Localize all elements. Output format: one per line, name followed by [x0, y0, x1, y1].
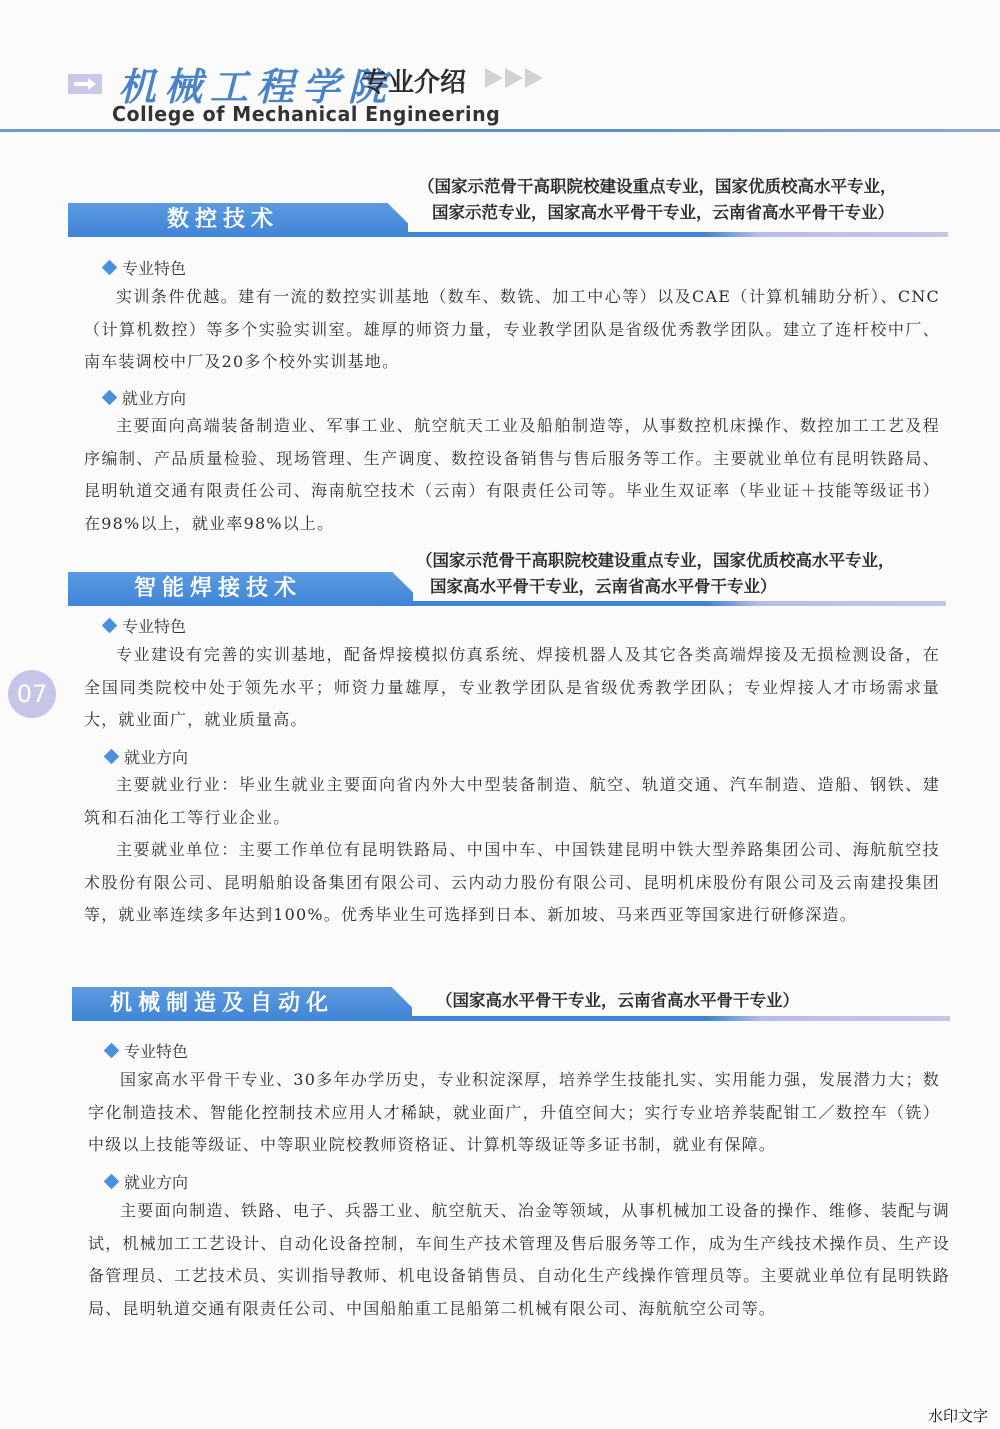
career-paragraph: 主要就业行业：毕业生就业主要面向省内外大中型装备制造、航空、轨道交通、汽车制造、…	[84, 769, 940, 834]
section-title: 智能焊接技术	[68, 572, 368, 606]
section-title: 机械制造及自动化	[72, 987, 372, 1021]
career-paragraph: 主要面向制造、铁路、电子、兵器工业、航空航天、冶金等领域，从事机械加工设备的操作…	[88, 1195, 950, 1325]
subhead-label: 就业方向	[124, 745, 188, 768]
diamond-bullet-icon	[102, 260, 118, 276]
diamond-bullet-icon	[102, 618, 118, 634]
section-underline	[412, 1016, 950, 1021]
subhead-features: 专业特色	[106, 1039, 188, 1062]
subhead-label: 就业方向	[122, 386, 186, 409]
header-divider	[0, 129, 1000, 132]
career-paragraph: 主要面向高端装备制造业、军事工业、航空航天工业及船舶制造等，从事数控机床操作、数…	[84, 410, 940, 540]
section-header-welding: 智能焊接技术	[68, 572, 946, 606]
section-title: 数控技术	[68, 203, 378, 237]
section-header-cnc: 数控技术	[68, 203, 948, 237]
page-subtitle-cn: 专业介绍	[362, 62, 466, 99]
subhead-features: 专业特色	[104, 256, 186, 279]
section-underline	[408, 232, 948, 237]
subhead-features: 专业特色	[104, 614, 186, 637]
subhead-label: 就业方向	[124, 1170, 188, 1193]
subhead-label: 专业特色	[122, 256, 186, 279]
diamond-bullet-icon	[104, 749, 120, 765]
triple-chevron-icon	[485, 68, 543, 88]
subhead-label: 专业特色	[122, 614, 186, 637]
section-underline	[413, 601, 946, 606]
subhead-career: 就业方向	[104, 386, 186, 409]
diamond-bullet-icon	[102, 390, 118, 406]
section-header-manufacturing: 机械制造及自动化	[72, 987, 950, 1021]
subhead-career: 就业方向	[106, 1170, 188, 1193]
career-paragraph: 主要就业单位：主要工作单位有昆明铁路局、中国中车、中国铁建昆明中铁大型养路集团公…	[84, 834, 940, 932]
features-paragraph: 实训条件优越。建有一流的数控实训基地（数车、数铣、加工中心等）以及CAE（计算机…	[84, 281, 940, 379]
watermark-text: 水印文字	[928, 1405, 988, 1426]
diamond-bullet-icon	[104, 1043, 120, 1059]
features-paragraph: 国家高水平骨干专业、30多年办学历史，专业积淀深厚，培养学生技能扎实、实用能力强…	[88, 1064, 940, 1162]
subhead-label: 专业特色	[124, 1039, 188, 1062]
features-paragraph: 专业建设有完善的实训基地，配备焊接模拟仿真系统、焊接机器人及其它各类高端焊接及无…	[84, 639, 940, 737]
right-arrow-icon	[68, 74, 102, 94]
page-number-badge: 07	[8, 670, 56, 718]
subhead-career: 就业方向	[106, 745, 188, 768]
section-tag-line: （国家示范骨干高职院校建设重点专业，国家优质校高水平专业，	[418, 174, 897, 200]
section-tag-line: （国家示范骨干高职院校建设重点专业，国家优质校高水平专业，	[416, 548, 895, 574]
diamond-bullet-icon	[104, 1174, 120, 1190]
college-title-en: College of Mechanical Engineering	[112, 102, 500, 126]
